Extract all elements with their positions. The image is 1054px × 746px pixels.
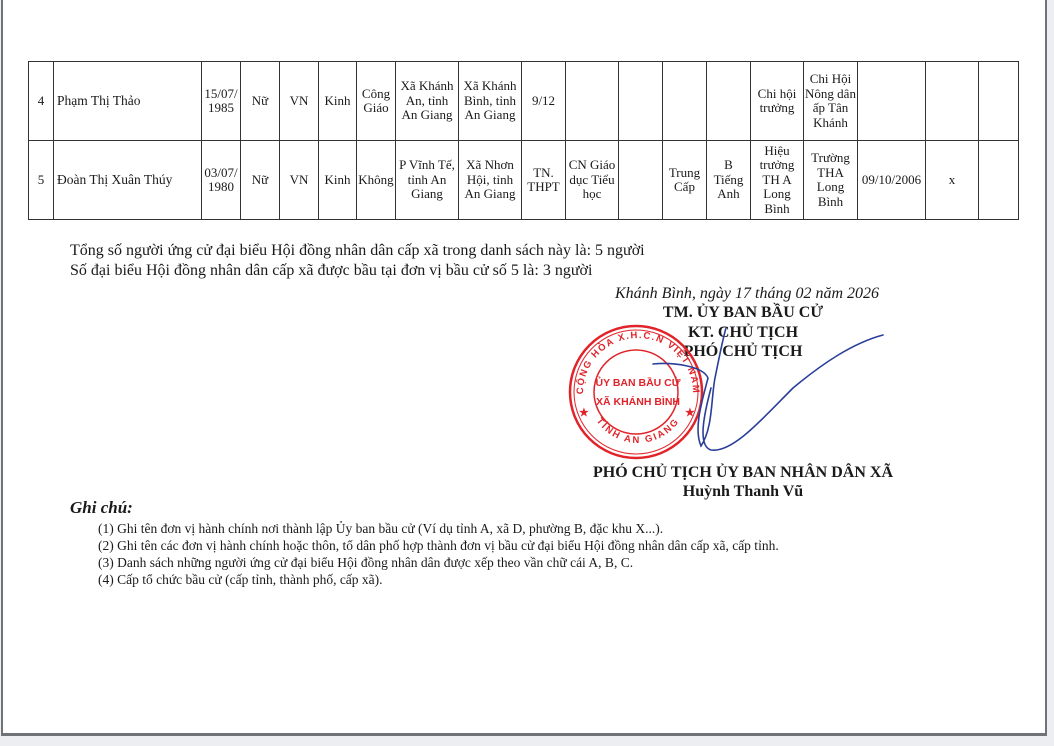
- cell-political: Trung Cấp: [663, 141, 707, 220]
- cell-academic: [619, 62, 663, 141]
- signer-title: PHÓ CHỦ TỊCH ỦY BAN NHÂN DÂN XÃ: [563, 464, 923, 482]
- cell-party-date: 09/10/2006: [858, 141, 926, 220]
- cell-nationality: VN: [280, 62, 319, 141]
- place-date: Khánh Bình, ngày 17 tháng 02 năm 2026: [567, 285, 927, 303]
- cell-hometown: P Vĩnh Tế, tỉnh An Giang: [396, 141, 459, 220]
- cell-stt: 4: [29, 62, 54, 141]
- cell-religion: Công Giáo: [357, 62, 396, 141]
- cell-hometown: Xã Khánh An, tỉnh An Giang: [396, 62, 459, 141]
- note-item-3: (3) Danh sách những người ứng cử đại biể…: [98, 555, 633, 571]
- candidate-table: 4Phạm Thị Thảo15/07/ 1985NữVNKinhCông Gi…: [28, 61, 1019, 220]
- cell-name: Phạm Thị Thảo: [54, 62, 202, 141]
- table-row: 5Đoàn Thị Xuân Thúy03/07/ 1980NữVNKinhKh…: [29, 141, 1019, 220]
- document-page: 4Phạm Thị Thảo15/07/ 1985NữVNKinhCông Gi…: [1, 0, 1047, 736]
- cell-name: Đoàn Thị Xuân Thúy: [54, 141, 202, 220]
- table-row: 4Phạm Thị Thảo15/07/ 1985NữVNKinhCông Gi…: [29, 62, 1019, 141]
- cell-party-date: [858, 62, 926, 141]
- cell-col-18: [979, 62, 1019, 141]
- cell-col-18: [979, 141, 1019, 220]
- cell-workplace: Trường THA Long Bình: [804, 141, 858, 220]
- signer-name: Huỳnh Thanh Vũ: [563, 483, 923, 501]
- note-item-1: (1) Ghi tên đơn vị hành chính nơi thành …: [98, 521, 663, 537]
- notes-title: Ghi chú:: [70, 498, 133, 518]
- cell-gender: Nữ: [241, 62, 280, 141]
- cell-ethnicity: Kinh: [319, 141, 357, 220]
- cell-general-education: TN. THPT: [522, 141, 566, 220]
- cell-academic: [619, 141, 663, 220]
- cell-residence: Xã Nhơn Hội, tỉnh An Giang: [459, 141, 522, 220]
- cell-nationality: VN: [280, 141, 319, 220]
- elected-count-line: Số đại biểu Hội đồng nhân dân cấp xã đượ…: [70, 262, 592, 280]
- cell-foreign-language: [707, 62, 751, 141]
- note-item-2: (2) Ghi tên các đơn vị hành chính hoặc t…: [98, 538, 779, 554]
- cell-foreign-language: B Tiếng Anh: [707, 141, 751, 220]
- cell-gender: Nữ: [241, 141, 280, 220]
- note-item-4: (4) Cấp tổ chức bầu cử (cấp tỉnh, thành …: [98, 572, 383, 588]
- cell-workplace: Chi Hội Nông dân ấp Tân Khánh: [804, 62, 858, 141]
- cell-religion: Không: [357, 141, 396, 220]
- cell-residence: Xã Khánh Bình, tỉnh An Giang: [459, 62, 522, 141]
- cell-col-17: [926, 62, 979, 141]
- cell-stt: 5: [29, 141, 54, 220]
- cell-occupation: Chi hội trưởng: [751, 62, 804, 141]
- cell-ethnicity: Kinh: [319, 62, 357, 141]
- cell-specialized: [566, 62, 619, 141]
- cell-specialized: CN Giáo dục Tiểu học: [566, 141, 619, 220]
- handwritten-signature-icon: [563, 318, 903, 458]
- total-candidates-line: Tổng số người ứng cử đại biểu Hội đồng n…: [70, 242, 645, 260]
- cell-col-17: x: [926, 141, 979, 220]
- cell-dob: 03/07/ 1980: [202, 141, 241, 220]
- cell-occupation: Hiệu trưởng TH A Long Bình: [751, 141, 804, 220]
- cell-dob: 15/07/ 1985: [202, 62, 241, 141]
- cell-political: [663, 62, 707, 141]
- cell-general-education: 9/12: [522, 62, 566, 141]
